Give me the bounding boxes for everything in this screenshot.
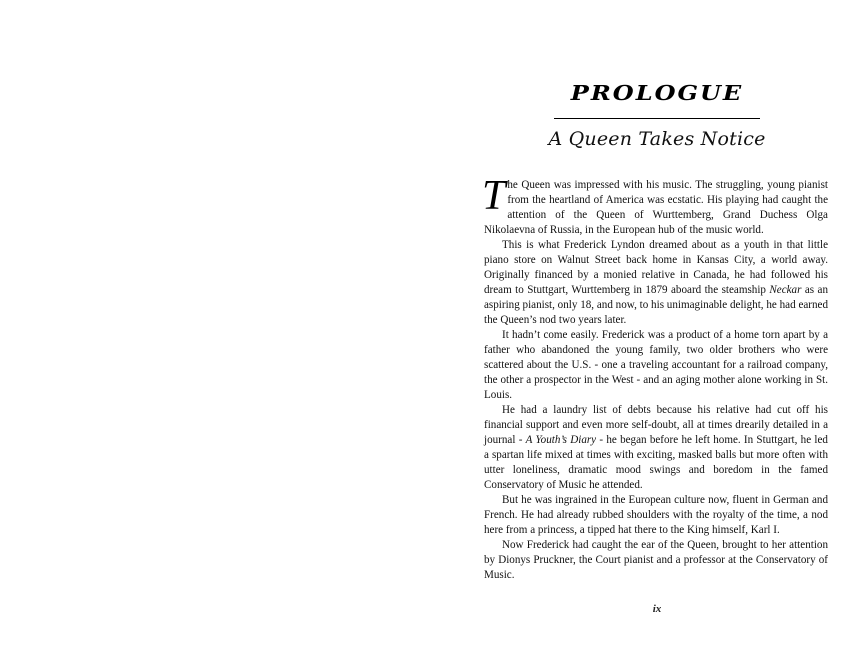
chapter-title: PROLOGUE [552,80,762,106]
book-spread: PROLOGUE A Queen Takes Notice The Queen … [0,0,864,648]
paragraph-1-text: he Queen was impressed with his music. T… [484,179,828,236]
paragraph-1: The Queen was impressed with his music. … [484,178,828,238]
paragraph-4: He had a laundry list of debts because h… [484,403,828,493]
drop-cap: T [482,178,505,212]
paragraph-5: But he was ingrained in the European cul… [484,493,828,538]
paragraph-2: This is what Frederick Lyndon dreamed ab… [484,238,828,328]
journal-title: A Youth’s Diary [526,434,596,446]
left-page-blank [0,0,432,648]
paragraph-6: Now Frederick had caught the ear of the … [484,538,828,583]
title-divider [554,118,760,119]
paragraph-3: It hadn’t come easily. Frederick was a p… [484,328,828,403]
page-number: ix [632,603,682,615]
body-text: The Queen was impressed with his music. … [484,178,828,583]
ship-name: Neckar [769,284,801,296]
right-page: PROLOGUE A Queen Takes Notice The Queen … [432,0,864,648]
chapter-subtitle: A Queen Takes Notice [542,126,772,152]
